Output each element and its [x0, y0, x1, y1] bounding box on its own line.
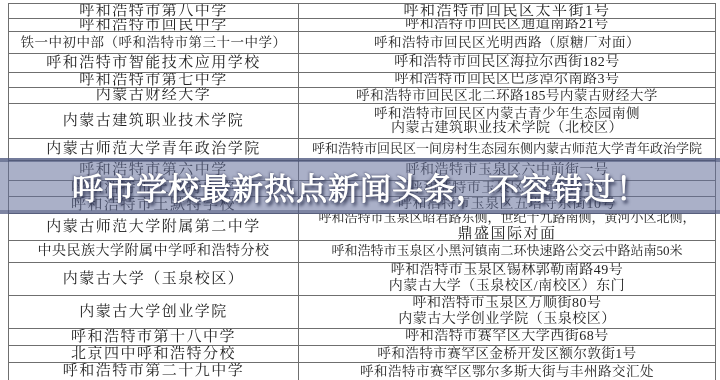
school-name-cell: 内蒙古大学（玉泉校区） [9, 263, 299, 295]
school-name: 呼和浩特市智能技术应用学校 [46, 55, 261, 72]
school-name: 内蒙古大学创业学院 [79, 304, 228, 321]
school-name-cell: 呼和浩特市回民中学 [9, 19, 299, 31]
address-line: 内蒙古大学（玉泉校区/南校区）东门 [389, 279, 625, 295]
address-line: 呼和浩特市玉泉区昭君路东侧，世纪十九路南侧，黄河小区北侧， [318, 214, 695, 226]
school-name-cell: 呼和浩特市第二十九中学 [9, 363, 299, 380]
address-line: 呼和浩特市回民区光明西路（原糖厂对面） [374, 35, 640, 50]
address-line: 呼和浩特市回民区通道南路21号 [405, 19, 609, 31]
school-address-cell: 呼和浩特市回民区巴彦淖尔南路3号 [299, 73, 715, 87]
school-address-cell: 呼和浩特市回民区太平街1号 [299, 4, 715, 18]
headline-banner-overlay: 呼市学校最新热点新闻头条，不容错过！ [0, 158, 720, 214]
school-name: 呼和浩特市第七中学 [79, 73, 228, 87]
school-address-cell: 呼和浩特市赛罕区金桥开发区额尔敦街1号 [299, 346, 715, 362]
school-address-cell: 呼和浩特市赛罕区大学西街68号 [299, 329, 715, 345]
school-name-cell: 中央民族大学附属中学呼和浩特分校 [9, 241, 299, 262]
school-address-cell: 呼和浩特市回民区海拉尔西街182号 [299, 54, 715, 72]
school-address-cell: 呼和浩特市赛罕区鄂尔多斯大街与丰州路交汇处 [299, 363, 715, 380]
school-name: 北京四中呼和浩特分校 [71, 346, 236, 362]
school-name-cell: 铁一中初中部（呼和浩特市第三十一中学） [9, 32, 299, 53]
address-line: 呼和浩特市玉泉区万顺街80号 [413, 296, 602, 312]
school-name: 内蒙古大学（玉泉校区） [63, 271, 245, 288]
address-line: 呼和浩特市回民区一间房村生态园东侧内蒙古师范大学青年政治学院 [312, 142, 702, 157]
table-row: 北京四中呼和浩特分校呼和浩特市赛罕区金桥开发区额尔敦街1号 [9, 346, 715, 363]
address-line: 呼和浩特市回民区巴彦淖尔南路3号 [395, 73, 620, 87]
school-name-cell: 呼和浩特市智能技术应用学校 [9, 54, 299, 72]
school-name: 中央民族大学附属中学呼和浩特分校 [38, 244, 270, 260]
address-line: 呼和浩特市回民区太平街1号 [403, 4, 610, 18]
headline-text: 呼市学校最新热点新闻头条，不容错过！ [72, 164, 648, 209]
table-row: 呼和浩特市智能技术应用学校呼和浩特市回民区海拉尔西街182号 [9, 54, 715, 73]
address-line: 内蒙古建筑职业技术学院（北校区） [391, 121, 623, 137]
school-address-cell: 呼和浩特市回民区一间房村生态园东侧内蒙古师范大学青年政治学院 [299, 139, 715, 160]
school-name-cell: 内蒙古建筑职业技术学院 [9, 104, 299, 138]
table-row: 内蒙古大学创业学院呼和浩特市玉泉区万顺街80号内蒙古大学创业学院（玉泉校区） [9, 296, 715, 329]
school-name-cell: 呼和浩特市第十八中学 [9, 329, 299, 345]
address-line: 呼和浩特市回民区北二环路185号内蒙古财经大学 [356, 88, 658, 103]
table-row: 呼和浩特市第二十九中学呼和浩特市赛罕区鄂尔多斯大街与丰州路交汇处 [9, 363, 715, 380]
school-address-cell: 呼和浩特市玉泉区万顺街80号内蒙古大学创业学院（玉泉校区） [299, 296, 715, 328]
school-name-cell: 呼和浩特市第八中学 [9, 4, 299, 18]
table-row: 内蒙古师范大学附属第二中学呼和浩特市玉泉区昭君路东侧，世纪十九路南侧，黄河小区北… [9, 214, 715, 241]
table-row: 中央民族大学附属中学呼和浩特分校呼和浩特市玉泉区小黑河镇南二环快速路公交云中路站… [9, 241, 715, 263]
address-line: 呼和浩特市回民区内蒙古青少年生态园南侧 [374, 106, 640, 121]
address-line: 呼和浩特市玉泉区小黑河镇南二环快速路公交云中路站南50米 [331, 244, 682, 259]
school-name: 呼和浩特市回民中学 [79, 19, 228, 31]
address-line: 鼎盛国际对面 [457, 226, 556, 240]
address-line: 呼和浩特市赛罕区鄂尔多斯大街与丰州路交汇处 [360, 364, 654, 379]
school-name-cell: 内蒙古师范大学附属第二中学 [9, 214, 299, 240]
screenshot-root: 呼和浩特市第八中学呼和浩特市回民区太平街1号呼和浩特市回民中学呼和浩特市回民区通… [0, 0, 720, 380]
table-row: 呼和浩特市第八中学呼和浩特市回民区太平街1号 [9, 4, 715, 19]
school-address-cell: 呼和浩特市回民区通道南路21号 [299, 19, 715, 31]
school-address-cell: 呼和浩特市玉泉区小黑河镇南二环快速路公交云中路站南50米 [299, 241, 715, 262]
school-name: 呼和浩特市第二十九中学 [63, 363, 245, 380]
table-row: 内蒙古建筑职业技术学院呼和浩特市回民区内蒙古青少年生态园南侧内蒙古建筑职业技术学… [9, 104, 715, 139]
school-name-cell: 北京四中呼和浩特分校 [9, 346, 299, 362]
address-line: 呼和浩特市赛罕区大学西街68号 [405, 329, 609, 345]
school-address-cell: 呼和浩特市回民区北二环路185号内蒙古财经大学 [299, 88, 715, 103]
address-line: 内蒙古大学创业学院（玉泉校区） [398, 312, 616, 328]
school-name-cell: 内蒙古财经大学 [9, 88, 299, 103]
school-name: 内蒙古师范大学青年政治学院 [46, 141, 261, 158]
school-address-cell: 呼和浩特市回民区光明西路（原糖厂对面） [299, 32, 715, 53]
table-row: 内蒙古财经大学呼和浩特市回民区北二环路185号内蒙古财经大学 [9, 88, 715, 104]
school-address-cell: 呼和浩特市玉泉区锡林郭勒南路49号内蒙古大学（玉泉校区/南校区）东门 [299, 263, 715, 295]
address-line: 呼和浩特市回民区海拉尔西街182号 [394, 55, 620, 71]
table-row: 呼和浩特市第十八中学呼和浩特市赛罕区大学西街68号 [9, 329, 715, 346]
school-address-cell: 呼和浩特市回民区内蒙古青少年生态园南侧内蒙古建筑职业技术学院（北校区） [299, 104, 715, 138]
school-address-cell: 呼和浩特市玉泉区昭君路东侧，世纪十九路南侧，黄河小区北侧，鼎盛国际对面 [299, 214, 715, 240]
address-line: 呼和浩特市赛罕区金桥开发区额尔敦街1号 [377, 346, 636, 361]
table-row: 呼和浩特市回民中学呼和浩特市回民区通道南路21号 [9, 19, 715, 32]
school-name: 呼和浩特市第十八中学 [71, 329, 236, 345]
address-line: 呼和浩特市玉泉区锡林郭勒南路49号 [391, 263, 624, 279]
school-name-cell: 内蒙古大学创业学院 [9, 296, 299, 328]
school-name-cell: 内蒙古师范大学青年政治学院 [9, 139, 299, 160]
table-row: 铁一中初中部（呼和浩特市第三十一中学）呼和浩特市回民区光明西路（原糖厂对面） [9, 32, 715, 54]
school-name: 呼和浩特市第八中学 [79, 4, 228, 18]
school-name: 内蒙古建筑职业技术学院 [63, 113, 245, 130]
table-row: 内蒙古大学（玉泉校区）呼和浩特市玉泉区锡林郭勒南路49号内蒙古大学（玉泉校区/南… [9, 263, 715, 296]
school-name: 铁一中初中部（呼和浩特市第三十一中学） [21, 35, 287, 50]
table-row: 呼和浩特市第七中学呼和浩特市回民区巴彦淖尔南路3号 [9, 73, 715, 88]
school-name: 内蒙古师范大学附属第二中学 [46, 219, 261, 236]
school-name: 内蒙古财经大学 [96, 88, 212, 103]
school-name-cell: 呼和浩特市第七中学 [9, 73, 299, 87]
